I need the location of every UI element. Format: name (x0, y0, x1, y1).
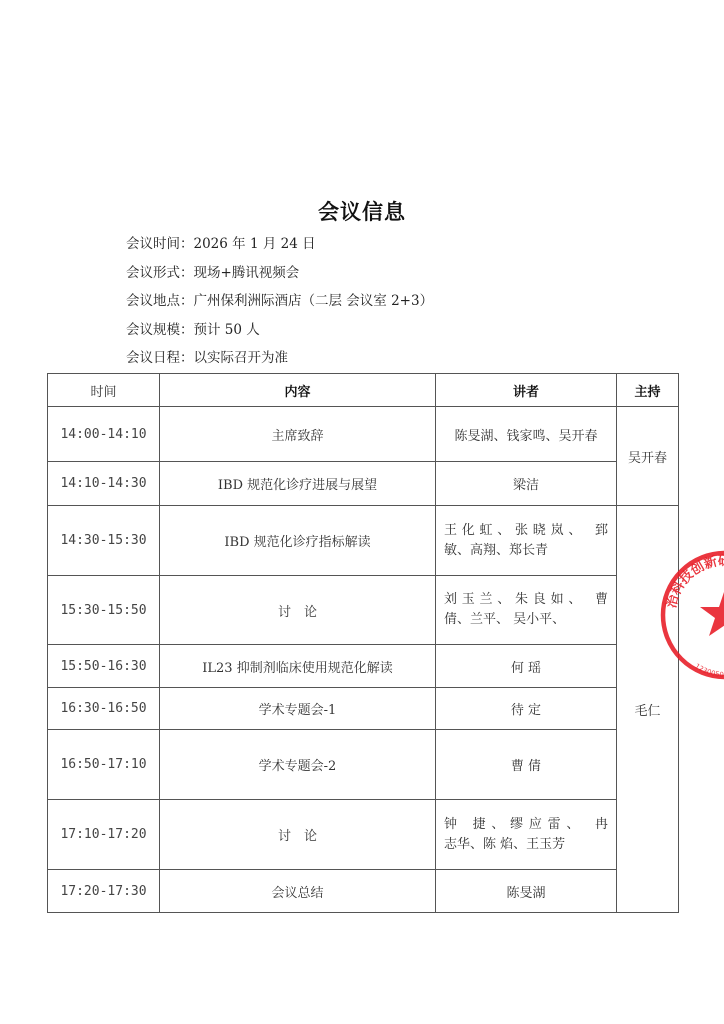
table-row: 15:50-16:30 IL23 抑制剂临床使用规范化解读 何 瑶 (48, 645, 679, 688)
info-label: 会议时间： (126, 236, 194, 252)
cell-speaker: 王化虹、张晓岚、 郅 敏、高翔、郑长青 (436, 506, 617, 576)
cell-content: 讨 论 (160, 576, 436, 645)
cell-content: 主席致辞 (160, 407, 436, 462)
cell-host: 吴开春 (617, 407, 679, 506)
schedule-table: 时间 内容 讲者 主持 14:00-14:10 主席致辞 陈旻湖、钱家鸣、吴开春… (47, 373, 679, 913)
page-title: 会议信息 (0, 196, 724, 226)
cell-time: 14:30-15:30 (48, 506, 160, 576)
info-value: 以实际召开为准 (194, 350, 289, 366)
speaker-line: 钟 捷、缪应雷、 冉 (444, 815, 608, 835)
cell-content: IBD 规范化诊疗进展与展望 (160, 462, 436, 506)
cell-content: IBD 规范化诊疗指标解读 (160, 506, 436, 576)
cell-speaker: 陈旻湖、钱家鸣、吴开春 (436, 407, 617, 462)
cell-time: 17:20-17:30 (48, 870, 160, 913)
cell-content: 学术专题会-1 (160, 688, 436, 730)
cell-host: 毛仁 (617, 506, 679, 913)
info-value: 广州保利洲际酒店（二层 会议室 2+3） (194, 293, 434, 309)
cell-content: IL23 抑制剂临床使用规范化解读 (160, 645, 436, 688)
cell-time: 14:10-14:30 (48, 462, 160, 506)
header-content: 内容 (160, 374, 436, 407)
cell-time: 15:30-15:50 (48, 576, 160, 645)
cell-time: 16:50-17:10 (48, 730, 160, 800)
info-value: 预计 50 人 (194, 322, 260, 338)
info-value: 2026 年 1 月 24 日 (194, 236, 316, 252)
info-label: 会议地点： (126, 293, 194, 309)
cell-time: 16:30-16:50 (48, 688, 160, 730)
info-label: 会议形式： (126, 265, 194, 281)
cell-speaker: 刘玉兰、朱良如、 曹 倩、兰平、 吴小平、 (436, 576, 617, 645)
table-row: 14:00-14:10 主席致辞 陈旻湖、钱家鸣、吴开春 吴开春 (48, 407, 679, 462)
cell-time: 15:50-16:30 (48, 645, 160, 688)
cell-speaker: 梁洁 (436, 462, 617, 506)
cell-content: 讨 论 (160, 800, 436, 870)
header-host: 主持 (617, 374, 679, 407)
cell-speaker: 曹 倩 (436, 730, 617, 800)
speaker-line: 王化虹、张晓岚、 郅 (444, 521, 608, 541)
svg-text:1230050: 1230050 (693, 662, 724, 679)
info-row-scale: 会议规模：预计 50 人 (126, 320, 433, 349)
header-speaker: 讲者 (436, 374, 617, 407)
cell-speaker: 待 定 (436, 688, 617, 730)
speaker-line: 敏、高翔、郑长青 (444, 541, 608, 561)
cell-speaker: 钟 捷、缪应雷、 冉 志华、陈 焰、王玉芳 (436, 800, 617, 870)
table-row: 15:30-15:50 讨 论 刘玉兰、朱良如、 曹 倩、兰平、 吴小平、 (48, 576, 679, 645)
table-row: 16:50-17:10 学术专题会-2 曹 倩 (48, 730, 679, 800)
table-row: 14:10-14:30 IBD 规范化诊疗进展与展望 梁洁 (48, 462, 679, 506)
table-row: 17:20-17:30 会议总结 陈旻湖 (48, 870, 679, 913)
cell-content: 会议总结 (160, 870, 436, 913)
seal-digits: 1230050 (693, 662, 724, 679)
cell-time: 17:10-17:20 (48, 800, 160, 870)
speaker-line: 倩、兰平、 吴小平、 (444, 610, 608, 630)
cell-speaker: 陈旻湖 (436, 870, 617, 913)
info-label: 会议规模： (126, 322, 194, 338)
cell-speaker: 何 瑶 (436, 645, 617, 688)
speaker-line: 刘玉兰、朱良如、 曹 (444, 590, 608, 610)
cell-content: 学术专题会-2 (160, 730, 436, 800)
table-row: 16:30-16:50 学术专题会-1 待 定 (48, 688, 679, 730)
seal-star-icon (700, 589, 724, 636)
speaker-line: 志华、陈 焰、王玉芳 (444, 835, 608, 855)
info-label: 会议日程： (126, 350, 194, 366)
meeting-info-list: 会议时间：2026 年 1 月 24 日 会议形式：现场+腾讯视频会 会议地点：… (126, 234, 433, 377)
info-row-format: 会议形式：现场+腾讯视频会 (126, 263, 433, 292)
header-time: 时间 (48, 374, 160, 407)
table-row: 14:30-15:30 IBD 规范化诊疗指标解读 王化虹、张晓岚、 郅 敏、高… (48, 506, 679, 576)
info-row-time: 会议时间：2026 年 1 月 24 日 (126, 234, 433, 263)
cell-time: 14:00-14:10 (48, 407, 160, 462)
table-header-row: 时间 内容 讲者 主持 (48, 374, 679, 407)
info-value: 现场+腾讯视频会 (194, 265, 300, 281)
table-row: 17:10-17:20 讨 论 钟 捷、缪应雷、 冉 志华、陈 焰、王玉芳 (48, 800, 679, 870)
info-row-location: 会议地点：广州保利洲际酒店（二层 会议室 2+3） (126, 291, 433, 320)
